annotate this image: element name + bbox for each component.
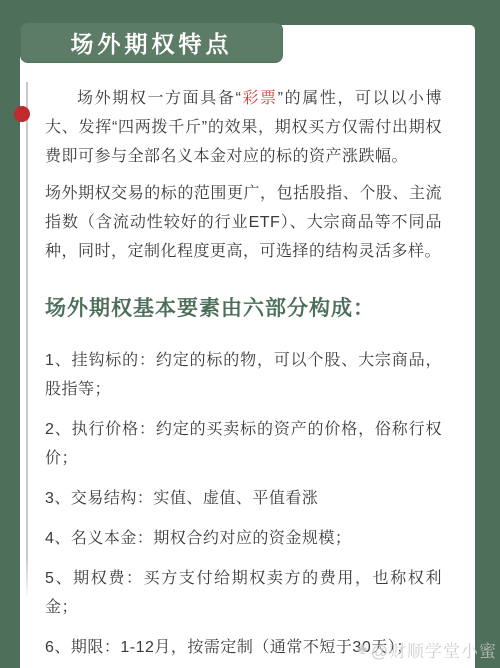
clover-logo-icon: ♣ xyxy=(357,641,369,659)
watermark: ♣ @财顺学堂小蜜 xyxy=(357,637,497,662)
intro-p1-highlight: 彩票 xyxy=(241,90,277,107)
section-heading: 场外期权基本要素由六部分构成： xyxy=(45,294,442,324)
list-item-1: 1、挂钩标的：约定的标的物，可以个股、大宗商品，股指等； xyxy=(45,346,442,404)
list-item-4: 4、名义本金：期权合约对应的资金规模； xyxy=(45,524,442,553)
red-dot-bullet xyxy=(14,106,30,122)
intro-p1-text-start: 场外期权一方面具备“ xyxy=(77,90,241,107)
list-item-2: 2、执行价格：约定的买卖标的资产的价格，俗称行权价； xyxy=(45,415,442,473)
main-content: 场外期权一方面具备“彩票”的属性，可以以小博大、发挥“四两拨千斤”的效果，期权买… xyxy=(45,84,442,668)
list-item-3: 3、交易结构：实值、虚值、平值看涨 xyxy=(45,484,442,513)
page-title: 场外期权特点 xyxy=(71,26,233,59)
intro-paragraph-2: 场外期权交易的标的范围更广，包括股指、个股、主流指数（含流动性较好的行业ETF）… xyxy=(45,179,442,266)
elements-list: 1、挂钩标的：约定的标的物，可以个股、大宗商品，股指等； 2、执行价格：约定的买… xyxy=(45,346,442,662)
intro-paragraph-1: 场外期权一方面具备“彩票”的属性，可以以小博大、发挥“四两拨千斤”的效果，期权买… xyxy=(45,84,442,171)
vertical-accent-line xyxy=(26,82,28,600)
list-item-5: 5、期权费：买方支付给期权卖方的费用，也称权利金； xyxy=(45,564,442,622)
watermark-text: @财顺学堂小蜜 xyxy=(371,637,497,662)
title-banner: 场外期权特点 xyxy=(20,22,283,63)
